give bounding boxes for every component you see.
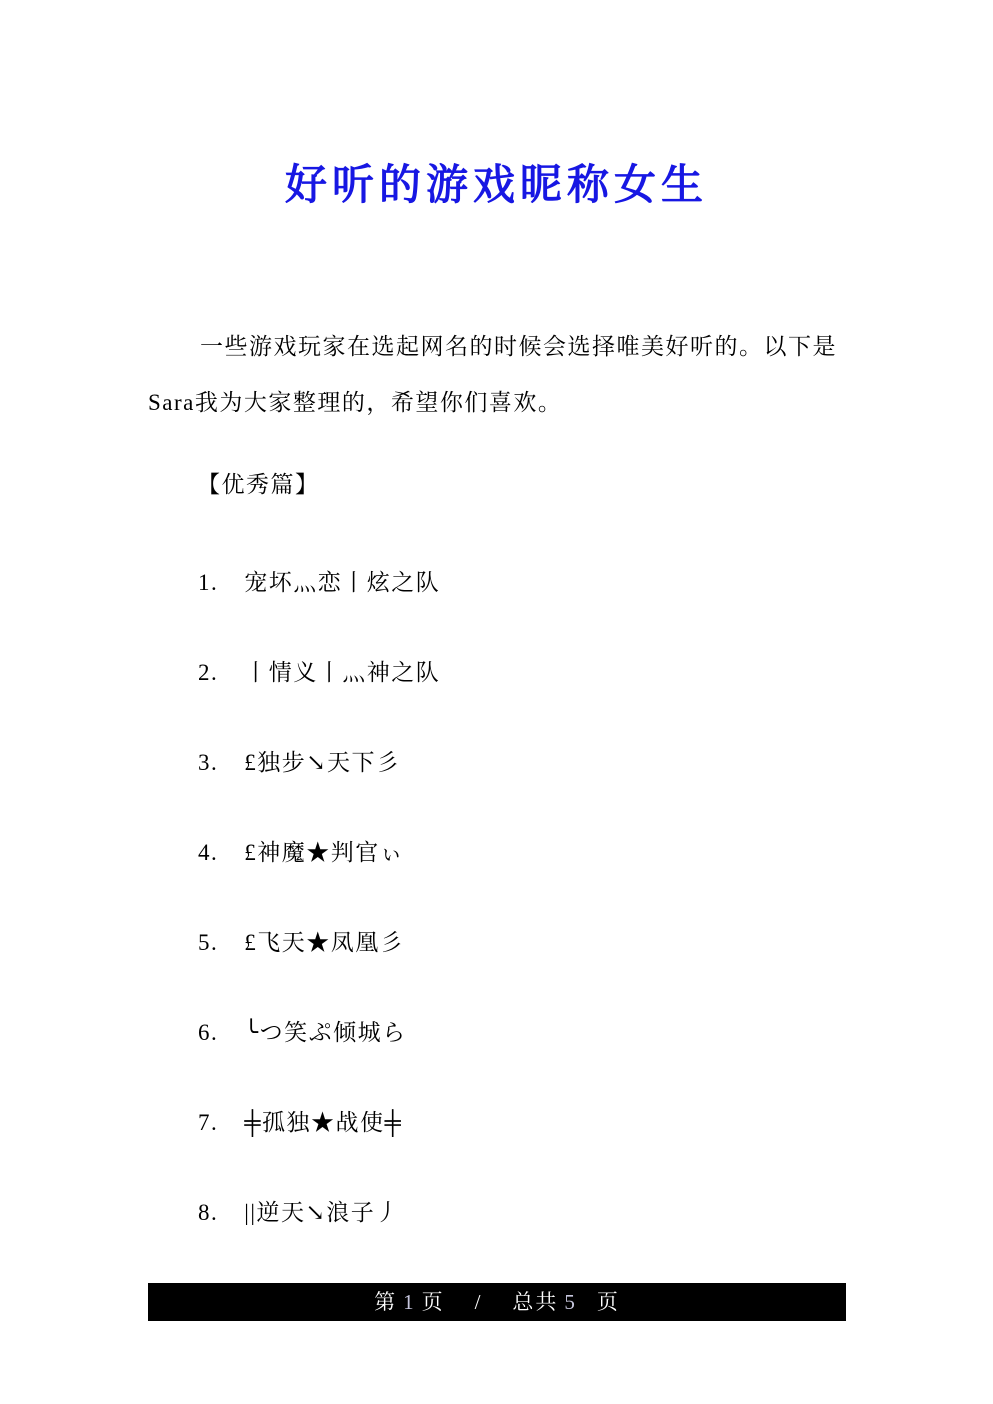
item-number: 7. [198,1110,218,1136]
nickname-text: £独步↘天下彡 [244,750,400,775]
item-number: 4. [198,840,218,866]
item-number: 1. [198,570,218,596]
nickname-text: £飞天★凤凰彡 [244,930,404,955]
footer-total-number: 5 [558,1290,583,1314]
page-footer-bar: 第1页/总共5页 [148,1283,846,1321]
footer-page-unit: 页 [422,1290,445,1314]
footer-divider: / [475,1283,483,1321]
intro-paragraph-line-2: Sara我为大家整理的，希望你们喜欢。 [148,384,562,417]
list-item: 5.£飞天★凤凰彡 [198,924,404,957]
section-heading: 【优秀篇】 [197,466,320,499]
list-item: 1.宠坏灬恋丨炫之队 [198,564,440,597]
list-item: 4.£神魔★判官ぃ [198,834,404,867]
nickname-text: ||逆天↘浪子丿 [244,1200,399,1225]
item-number: 2. [198,660,218,686]
page-title: 好听的游戏昵称女生 [0,162,993,210]
list-item: 2.丨情义丨灬神之队 [198,654,440,687]
footer-page-prefix: 第 [374,1290,397,1314]
list-item: 3.£独步↘天下彡 [198,744,401,777]
item-number: 8. [198,1200,218,1226]
nickname-text: ╪孤独★战使╪ [244,1110,402,1135]
item-number: 3. [198,750,218,776]
nickname-text: 丨情义丨灬神之队 [244,660,440,685]
footer-total-prefix: 总共 [512,1290,558,1314]
nickname-text: 宠坏灬恋丨炫之队 [244,570,440,595]
footer-page-number: 1 [397,1290,422,1314]
list-item: 6.╰つ笑ぷ倾城ら [198,1014,407,1047]
item-number: 5. [198,930,218,956]
document-page: 好听的游戏昵称女生 一些游戏玩家在选起网名的时候会选择唯美好听的。以下是 Sar… [0,0,993,1404]
item-number: 6. [198,1020,218,1046]
list-item: 8.||逆天↘浪子丿 [198,1194,400,1227]
nickname-text: ╰つ笑ぷ倾城ら [244,1020,406,1045]
nickname-text: £神魔★判官ぃ [244,840,404,865]
list-item: 7.╪孤独★战使╪ [198,1104,402,1137]
intro-paragraph-line-1: 一些游戏玩家在选起网名的时候会选择唯美好听的。以下是 [200,328,837,361]
footer-total-unit: 页 [597,1290,620,1314]
